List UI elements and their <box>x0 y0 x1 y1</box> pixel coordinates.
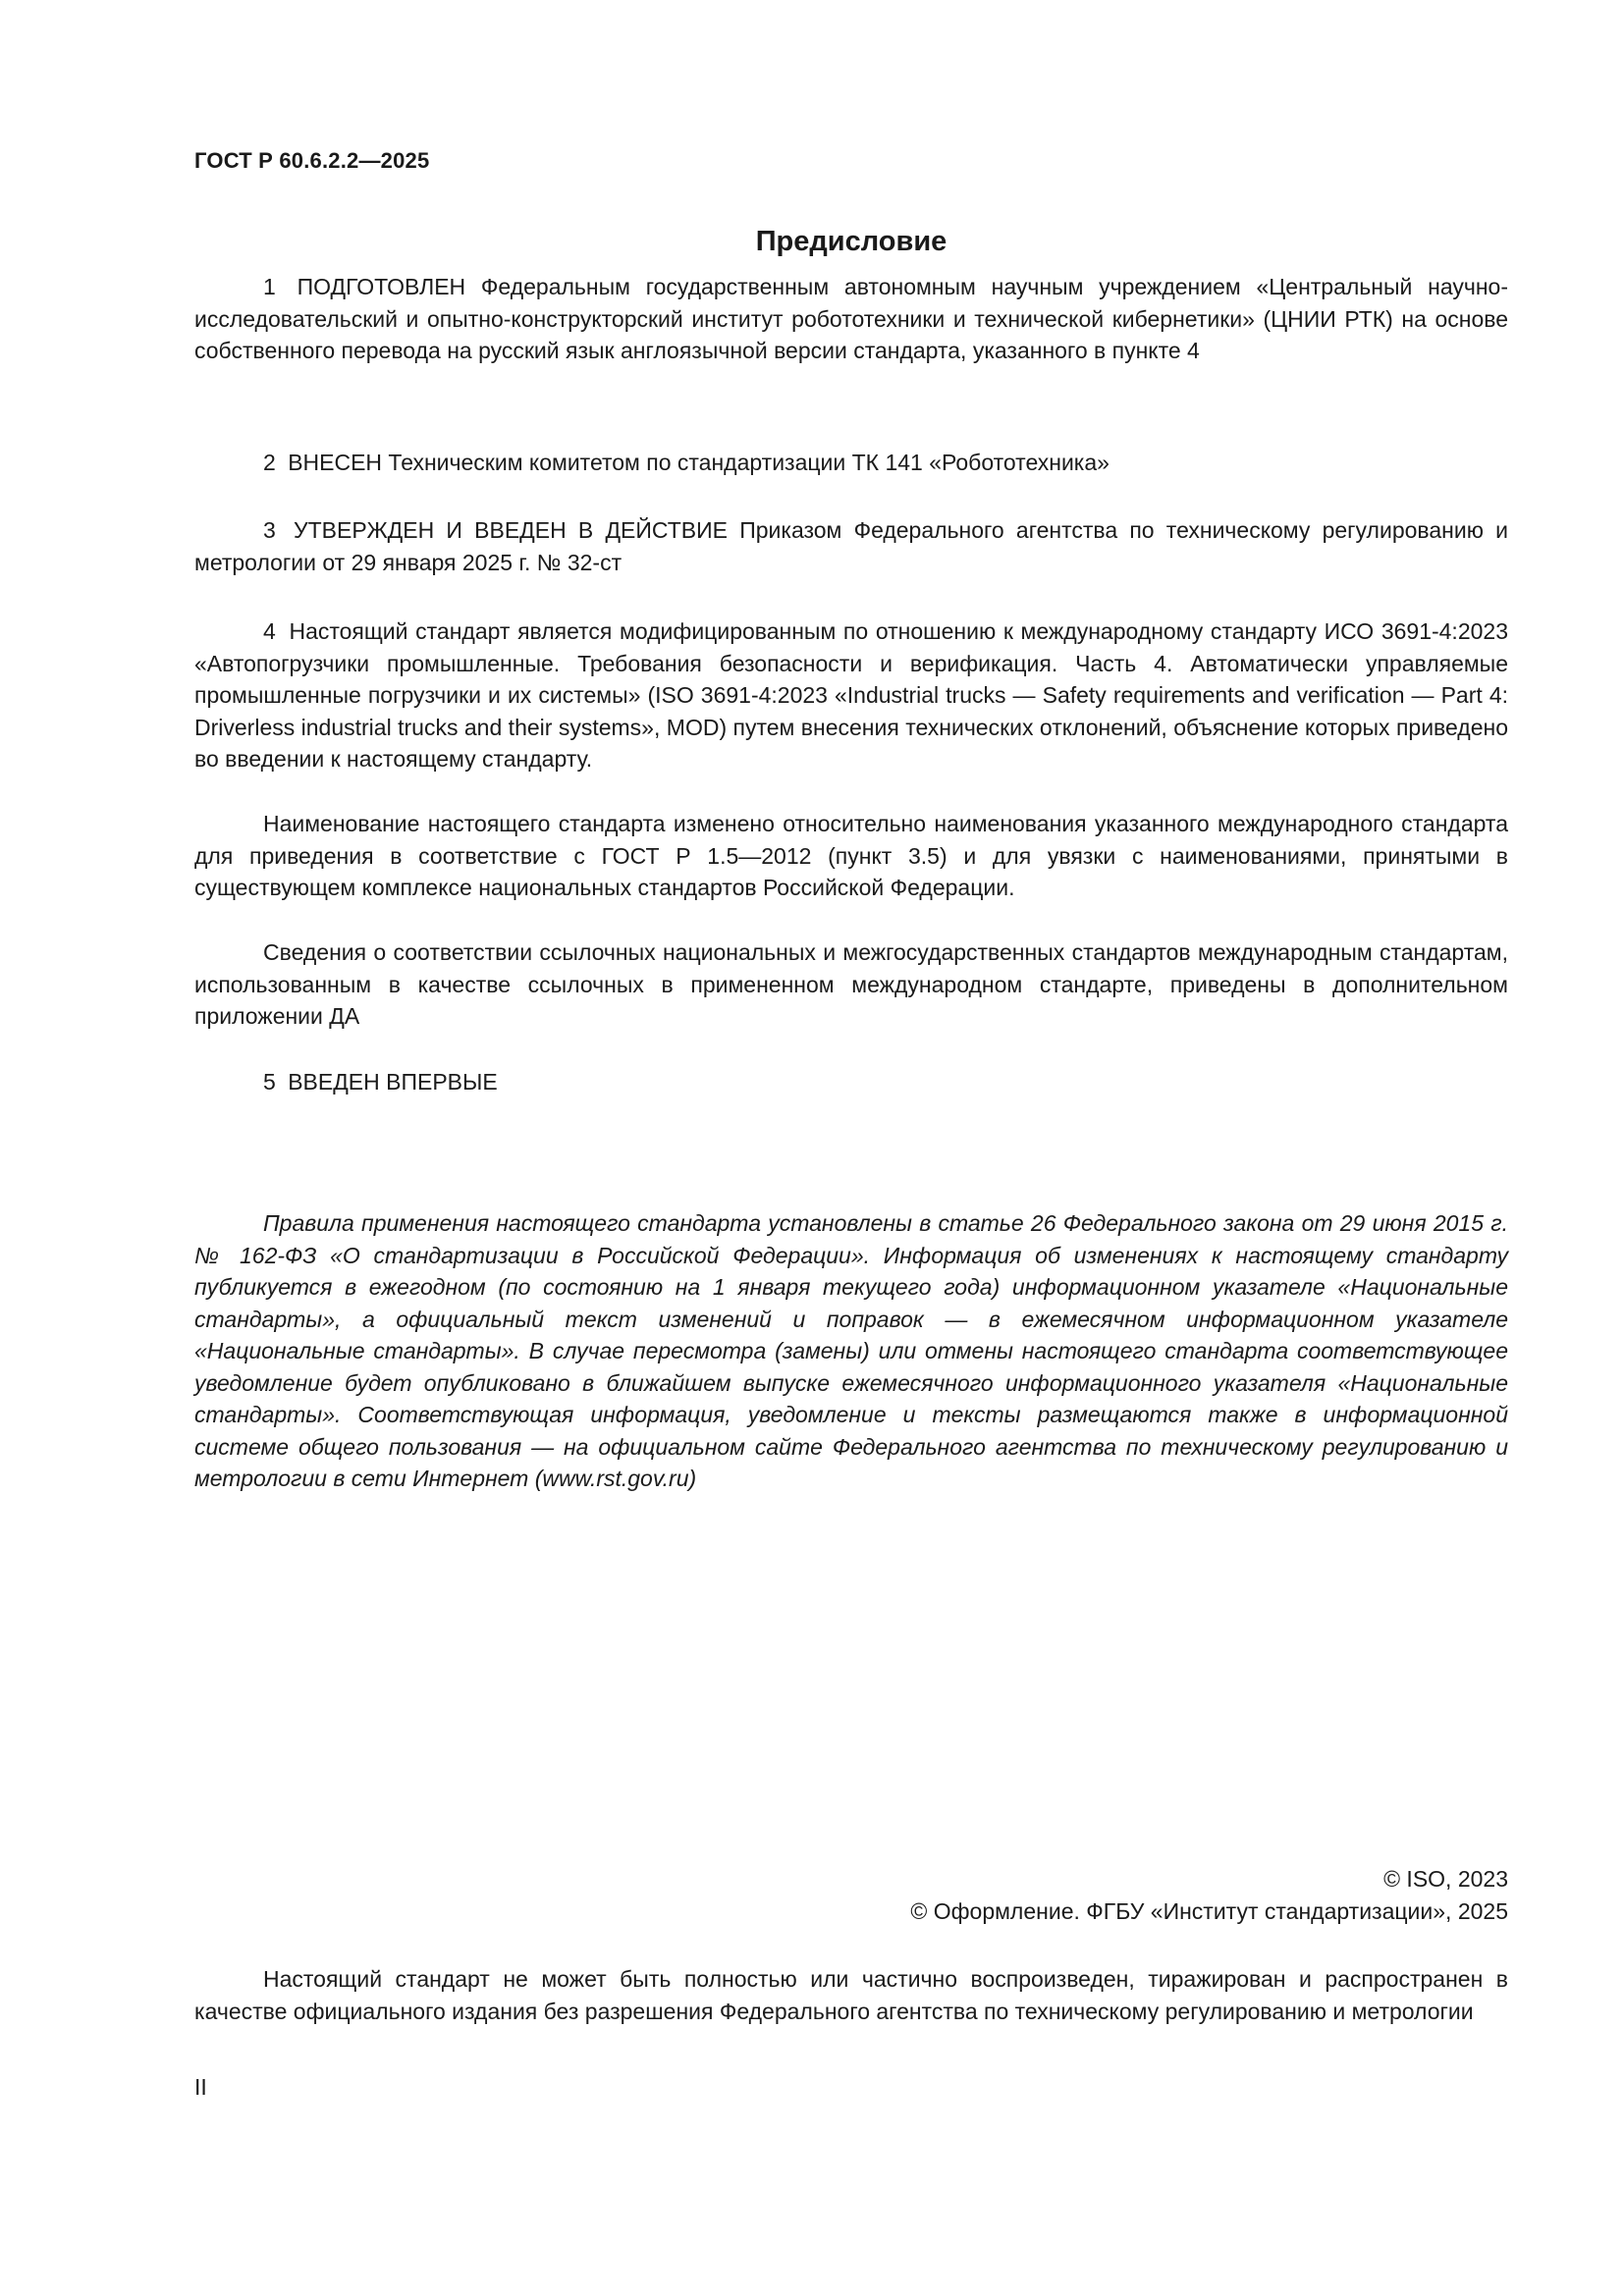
preface-item-5: 5 ВВЕДЕН ВПЕРВЫЕ <box>194 1066 1508 1098</box>
item-number: 3 <box>263 517 282 543</box>
item-text: ПОДГОТОВЛЕН Федеральным государственным … <box>194 274 1508 363</box>
item-number: 5 <box>263 1069 282 1095</box>
item-text: Настоящий стандарт является модифицирова… <box>194 618 1508 772</box>
item-number: 2 <box>263 450 282 475</box>
item-text: ВНЕСЕН Техническим комитетом по стандарт… <box>288 450 1110 475</box>
preface-item-4: 4 Настоящий стандарт является модифициро… <box>194 615 1508 775</box>
item-number: 4 <box>263 618 282 644</box>
preface-item-2: 2 ВНЕСЕН Техническим комитетом по станда… <box>194 447 1508 479</box>
copyright-iso: © ISO, 2023 <box>194 1863 1508 1896</box>
document-page: ГОСТ Р 60.6.2.2—2025 Предисловие 1 ПОДГО… <box>194 0 1508 2296</box>
copyright-design: © Оформление. ФГБУ «Институт стандартиза… <box>194 1896 1508 1928</box>
page-title: Предисловие <box>194 224 1508 259</box>
preface-item-4-references-note: Сведения о соответствии ссылочных национ… <box>194 936 1508 1033</box>
preface-item-4-name-note: Наименование настоящего стандарта измене… <box>194 808 1508 904</box>
page-number: II <box>194 2073 207 2101</box>
rules-of-application-notice: Правила применения настоящего стандарта … <box>194 1207 1508 1495</box>
item-number: 1 <box>263 274 282 299</box>
document-code-header: ГОСТ Р 60.6.2.2—2025 <box>194 148 429 174</box>
reproduction-notice: Настоящий стандарт не может быть полност… <box>194 1963 1508 2027</box>
preface-item-1: 1 ПОДГОТОВЛЕН Федеральным государственны… <box>194 271 1508 367</box>
item-text: ВВЕДЕН ВПЕРВЫЕ <box>288 1069 498 1095</box>
preface-item-3: 3 УТВЕРЖДЕН И ВВЕДЕН В ДЕЙСТВИЕ Приказом… <box>194 514 1508 578</box>
item-text: УТВЕРЖДЕН И ВВЕДЕН В ДЕЙСТВИЕ Приказом Ф… <box>194 517 1508 575</box>
